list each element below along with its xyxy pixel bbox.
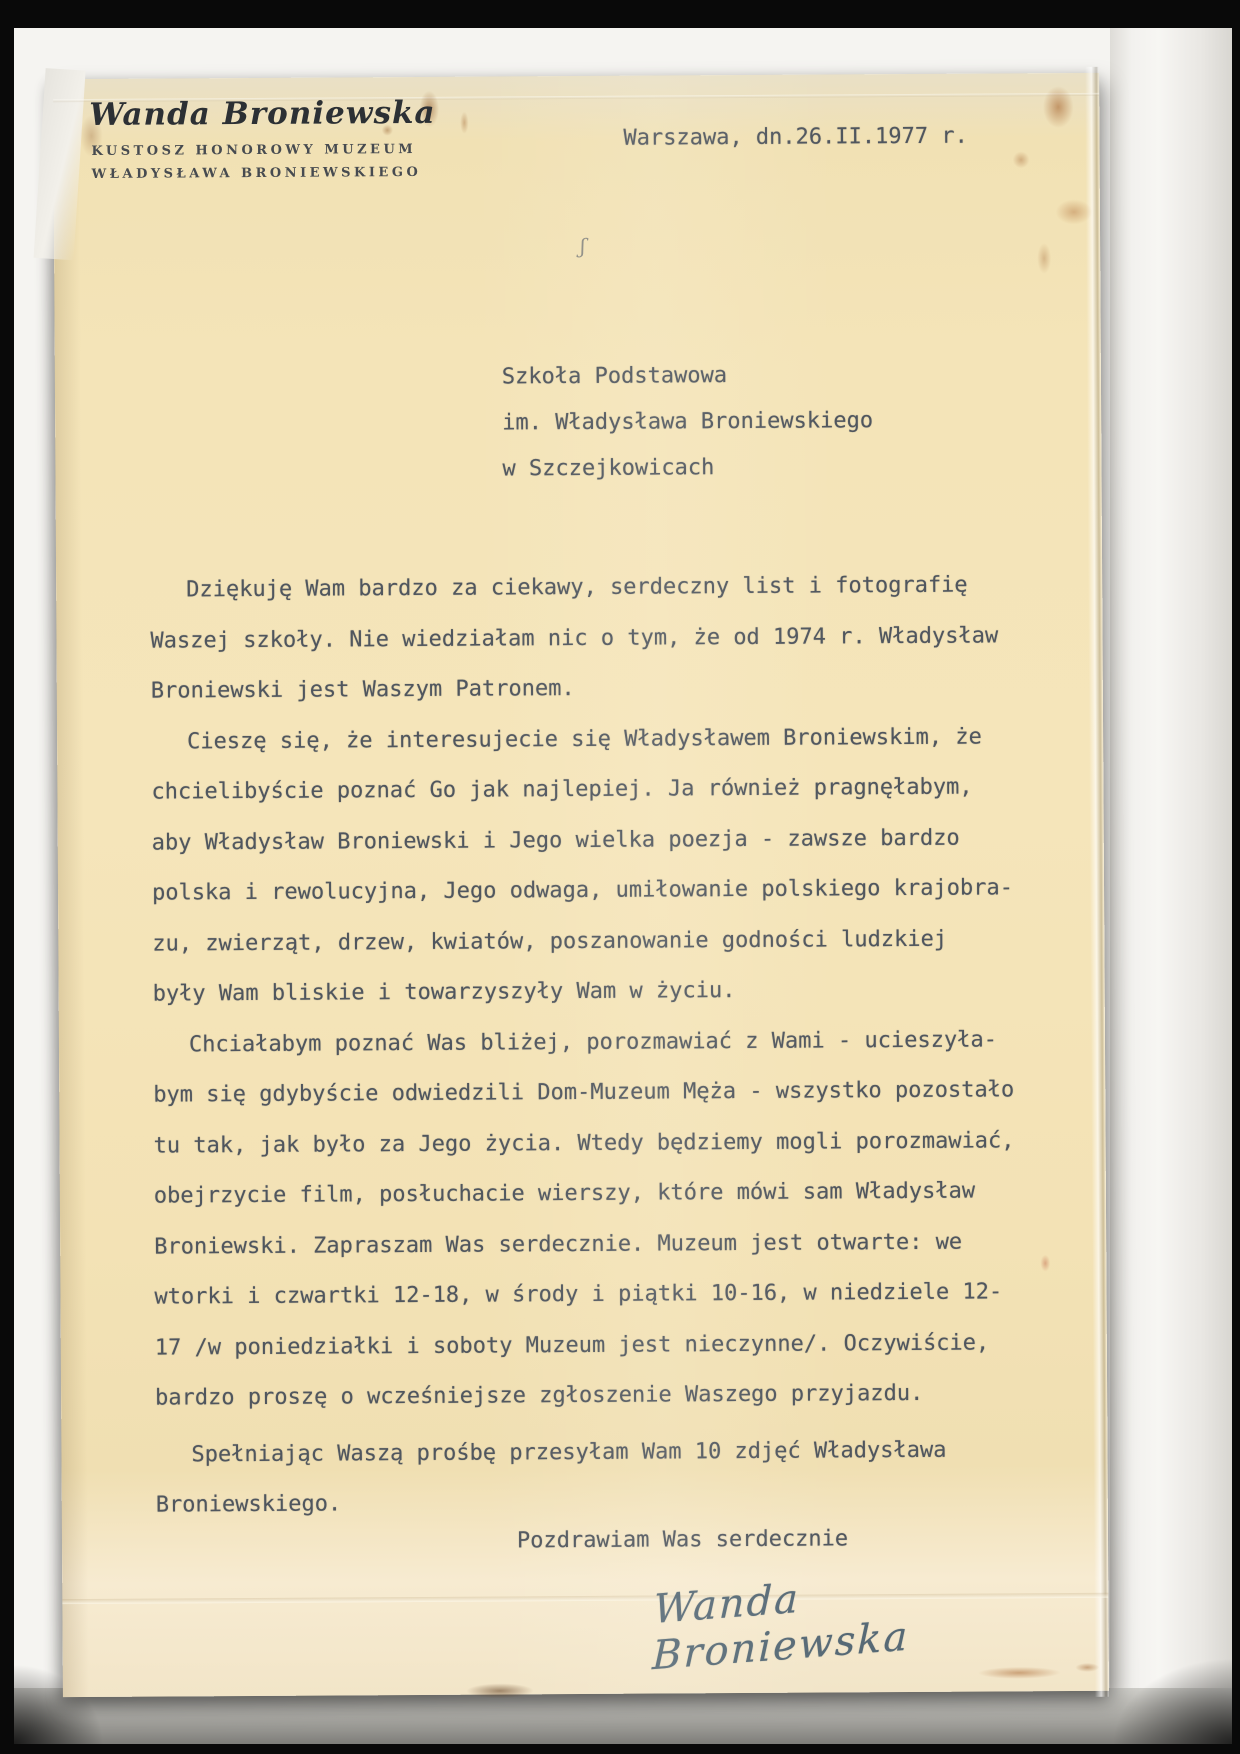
recipient-line: Szkoła Podstawowa xyxy=(502,352,873,400)
stray-pen-mark: ʃ xyxy=(580,234,586,258)
body-line: zu, zwierząt, drzew, kwiatów, poszanowan… xyxy=(152,913,1102,969)
closing-paragraph: Spełniając Waszą prośbę przesyłam Wam 10… xyxy=(155,1425,1106,1531)
body-line: 17 /w poniedziałki i soboty Muzeum jest … xyxy=(155,1317,1105,1373)
dateline: Warszawa, dn.26.II.1977 r. xyxy=(623,124,968,151)
scanner-bed-right-band xyxy=(1110,28,1232,1744)
letter-body: Dziękuję Wam bardzo za ciekawy, serdeczn… xyxy=(150,560,1105,1424)
body-line: bardzo proszę o wcześniejsze zgłoszenie … xyxy=(155,1368,1105,1424)
body-line: bym się gdybyście odwiedzili Dom-Muzeum … xyxy=(153,1065,1103,1121)
letterhead-name: Wanda Broniewska xyxy=(89,95,435,133)
closing-line: Spełniając Waszą prośbę przesyłam Wam 10… xyxy=(155,1425,1105,1481)
body-line: chcielibyście poznać Go jak najlepiej. J… xyxy=(151,762,1101,818)
handwritten-signature: Wanda Broniewska xyxy=(652,1562,984,1679)
body-line: aby Władysław Broniewski i Jego wielka p… xyxy=(152,812,1102,868)
valediction: Pozdrawiam Was serdecznie xyxy=(517,1526,848,1553)
body-line: polska i rewolucyjna, Jego odwaga, umiło… xyxy=(152,863,1102,919)
body-line: były Wam bliskie i towarzyszyły Wam w ży… xyxy=(153,964,1103,1020)
body-line: Broniewski. Zapraszam Was serdecznie. Mu… xyxy=(154,1216,1104,1272)
body-line: wtorki i czwartki 12-18, w środy i piątk… xyxy=(154,1267,1104,1323)
recipient-address: Szkoła Podstawowa im. Władysława Broniew… xyxy=(502,352,874,492)
body-line: Chciałabym poznać Was bliżej, porozmawia… xyxy=(153,1014,1103,1070)
body-line: obejrzycie film, posłuchacie wierszy, kt… xyxy=(154,1166,1104,1222)
body-line: tu tak, jak było za Jego życia. Wtedy bę… xyxy=(153,1115,1103,1171)
body-line: Waszej szkoły. Nie wiedziałam nic o tym,… xyxy=(150,610,1100,666)
recipient-line: im. Władysława Broniewskiego xyxy=(502,398,873,446)
body-line: Cieszę się, że interesujecie się Władysł… xyxy=(151,711,1101,767)
body-line: Broniewski jest Waszym Patronem. xyxy=(151,661,1101,717)
scan-corner-shadow-right xyxy=(1112,1658,1232,1744)
closing-line: Broniewskiego. xyxy=(156,1475,1106,1531)
letterhead-title-line1: KUSTOSZ HONOROWY MUZEUM xyxy=(91,142,416,159)
letterhead-title-line2: WŁADYSŁAWA BRONIEWSKIEGO xyxy=(92,165,422,182)
recipient-line: w Szczejkowicach xyxy=(502,444,873,492)
scanner-bed-bottom-shadow xyxy=(14,1688,1232,1744)
letter-page: Wanda Broniewska KUSTOSZ HONOROWY MUZEUM… xyxy=(53,73,1109,1697)
scanned-letter-screenshot: { "colors": { "scanner_background": "#09… xyxy=(0,0,1240,1754)
body-line: Dziękuję Wam bardzo za ciekawy, serdeczn… xyxy=(150,560,1100,616)
